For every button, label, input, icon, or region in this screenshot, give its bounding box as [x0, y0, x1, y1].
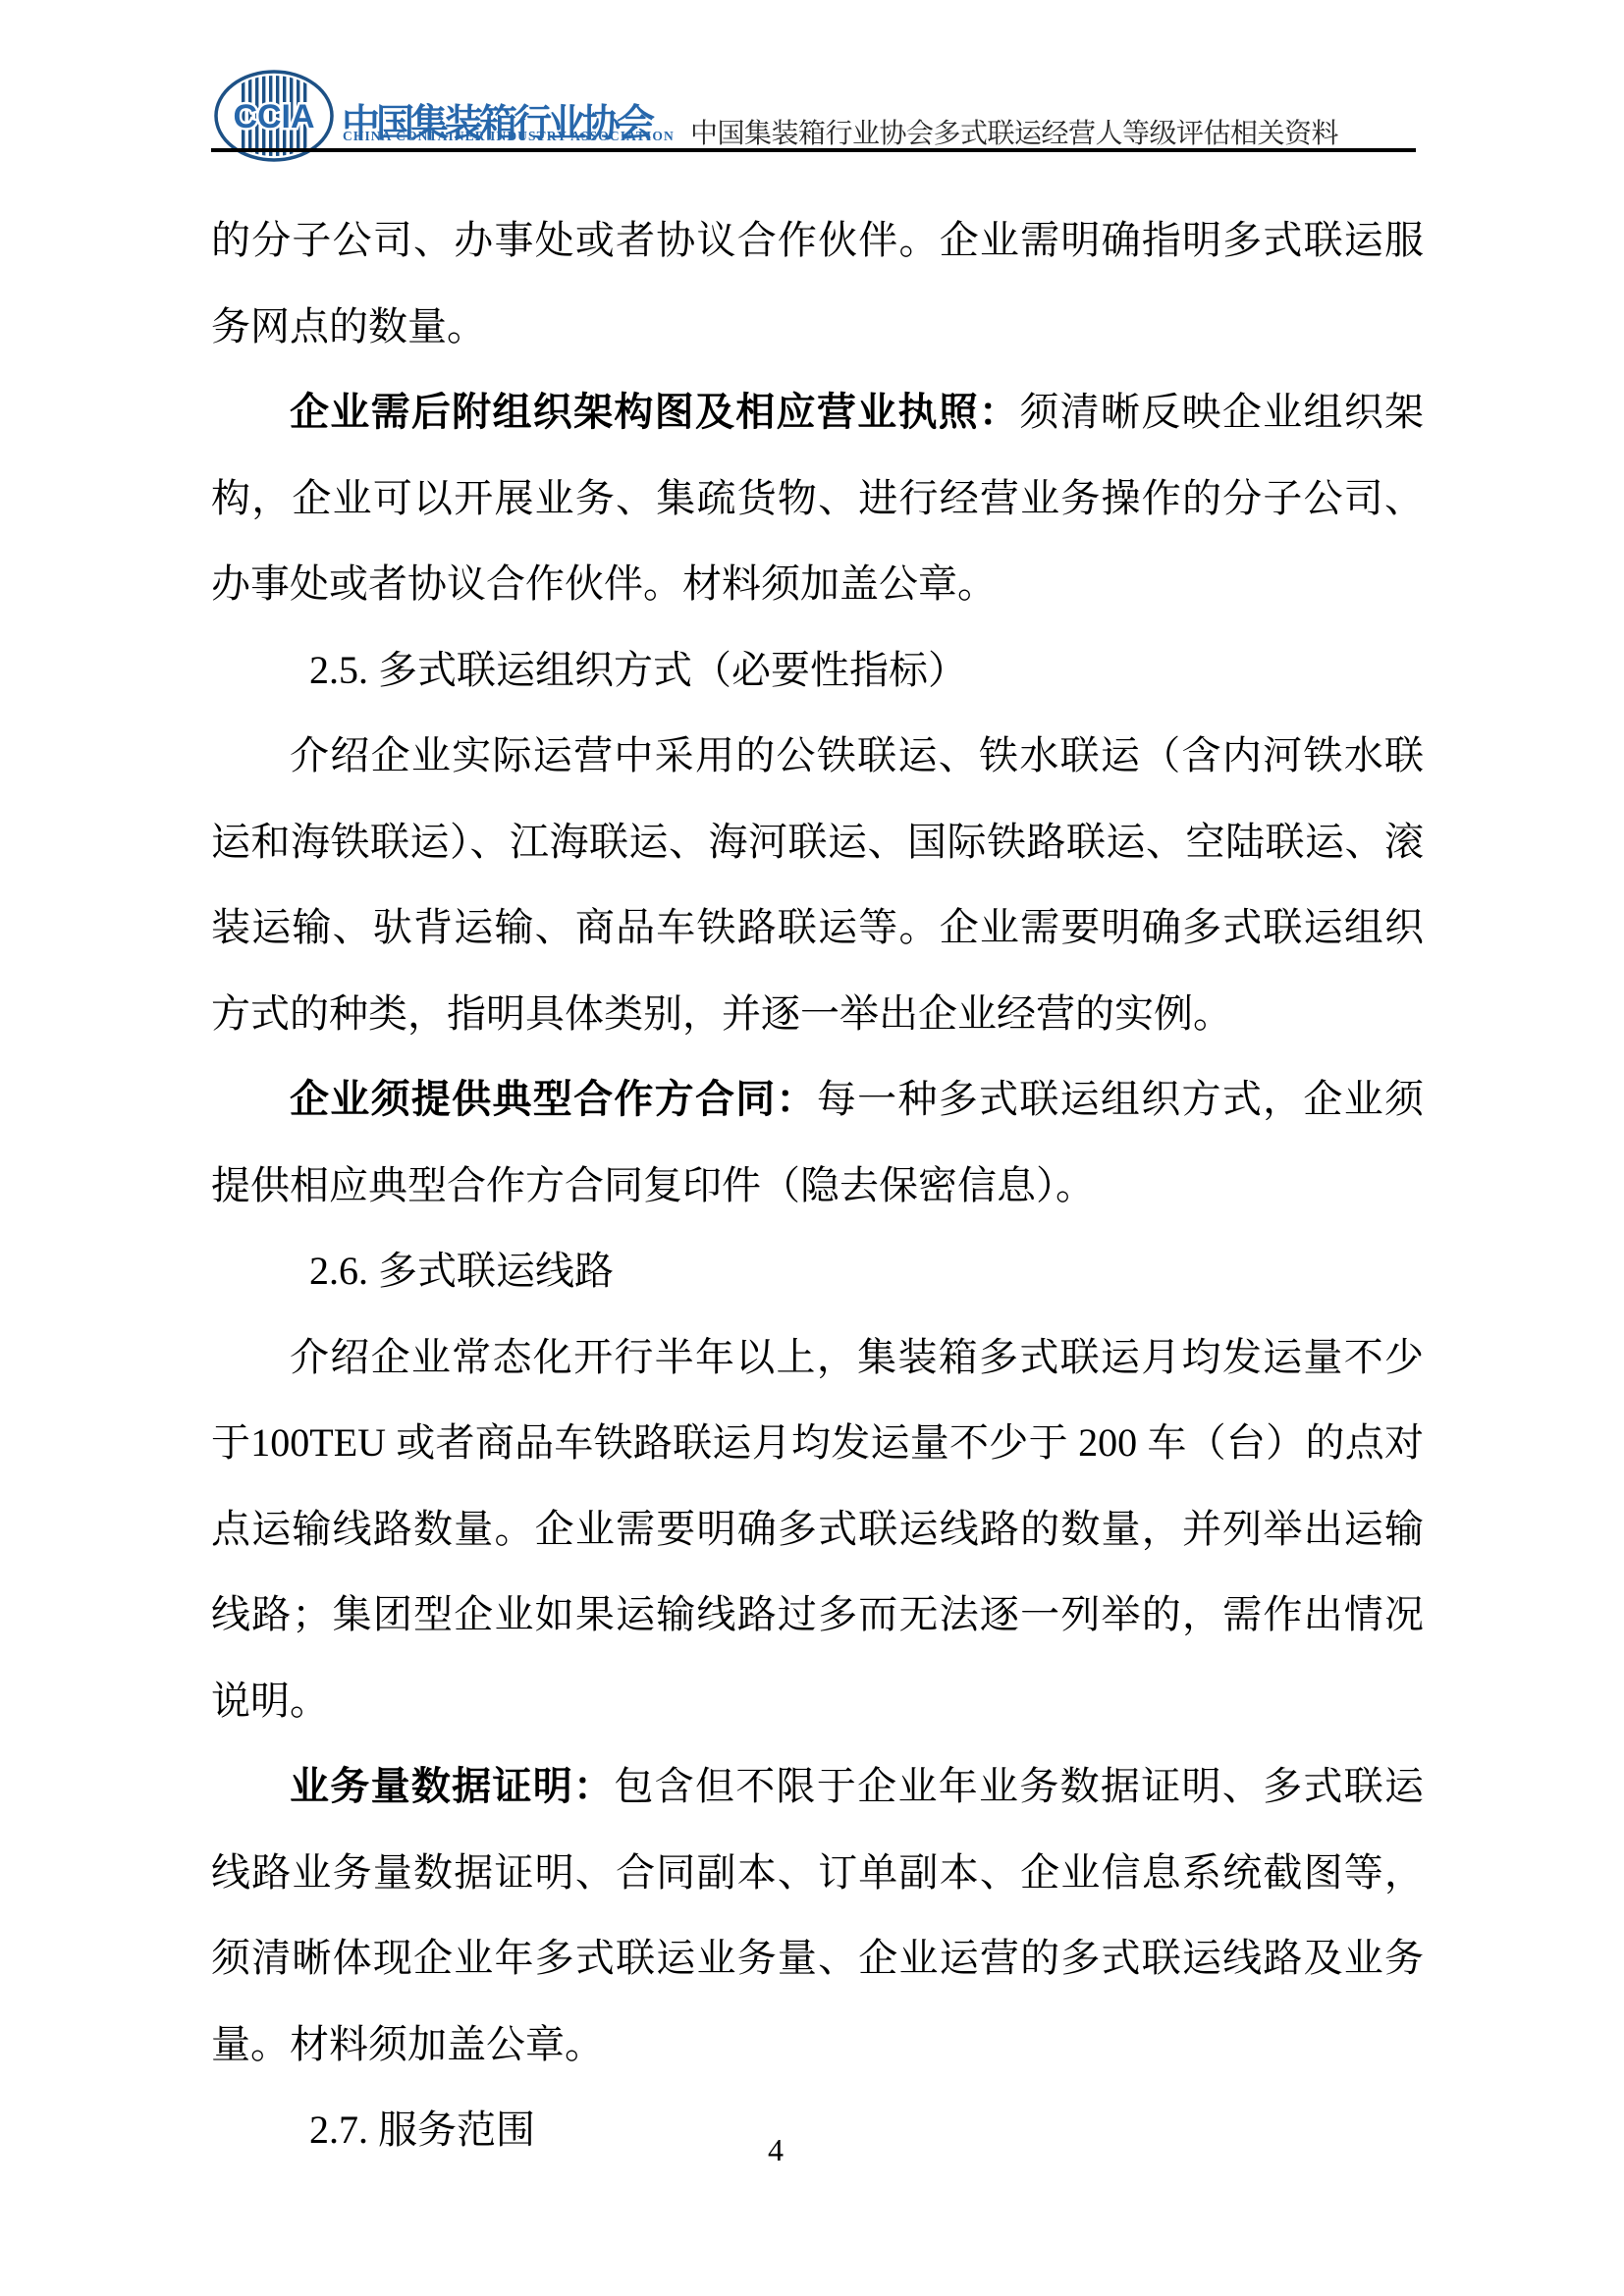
paragraph: 介绍企业常态化开行半年以上，集装箱多式联运月均发运量不少于100TEU 或者商品… — [211, 1314, 1424, 1744]
document-page: CCIA 中国集装箱行业协会 CHINA CONTAINER INDUSTRY … — [0, 0, 1624, 2296]
paragraph: 介绍企业实际运营中采用的公铁联运、铁水联运（含内河铁水联运和海铁联运）、江海联运… — [211, 713, 1424, 1056]
section-heading-2-5: 2.5. 多式联运组织方式（必要性指标） — [211, 627, 1424, 714]
paragraph-text: 包含但不限于企业年业务数据证明、多式联运线路业务量数据证明、合同副本、订单副本、… — [211, 1764, 1424, 2066]
header-doc-title: 中国集装箱行业协会多式联运经营人等级评估相关资料 — [690, 112, 1338, 151]
logo-name-en: CHINA CONTAINER INDUSTRY ASSOCIATION — [343, 129, 675, 144]
paragraph-bold-lead: 业务量数据证明： — [290, 1764, 614, 1808]
page-number: 4 — [731, 2132, 820, 2168]
paragraph-continuation: 的分子公司、办事处或者协议合作伙伴。企业需明确指明多式联运服务网点的数量。 — [211, 197, 1424, 369]
paragraph: 业务量数据证明：包含但不限于企业年业务数据证明、多式联运线路业务量数据证明、合同… — [211, 1743, 1424, 2087]
paragraph-text: 介绍企业实际运营中采用的公铁联运、铁水联运（含内河铁水联运和海铁联运）、江海联运… — [211, 733, 1424, 1036]
paragraph-bold-lead: 企业须提供典型合作方合同： — [290, 1077, 817, 1121]
paragraph-bold-lead: 企业需后附组织架构图及相应营业执照： — [290, 390, 1019, 434]
section-heading-2-6: 2.6. 多式联运线路 — [211, 1228, 1424, 1314]
document-body: 的分子公司、办事处或者协议合作伙伴。企业需明确指明多式联运服务网点的数量。 企业… — [211, 197, 1424, 2173]
paragraph-text: 的分子公司、办事处或者协议合作伙伴。企业需明确指明多式联运服务网点的数量。 — [211, 218, 1424, 348]
header-rule — [211, 148, 1416, 152]
paragraph: 企业须提供典型合作方合同：每一种多式联运组织方式，企业须提供相应典型合作方合同复… — [211, 1056, 1424, 1228]
paragraph-text: 介绍企业常态化开行半年以上，集装箱多式联运月均发运量不少于100TEU 或者商品… — [211, 1335, 1424, 1723]
logo-acronym: CCIA — [233, 98, 314, 135]
paragraph: 企业需后附组织架构图及相应营业执照：须清晰反映企业组织架构，企业可以开展业务、集… — [211, 369, 1424, 627]
